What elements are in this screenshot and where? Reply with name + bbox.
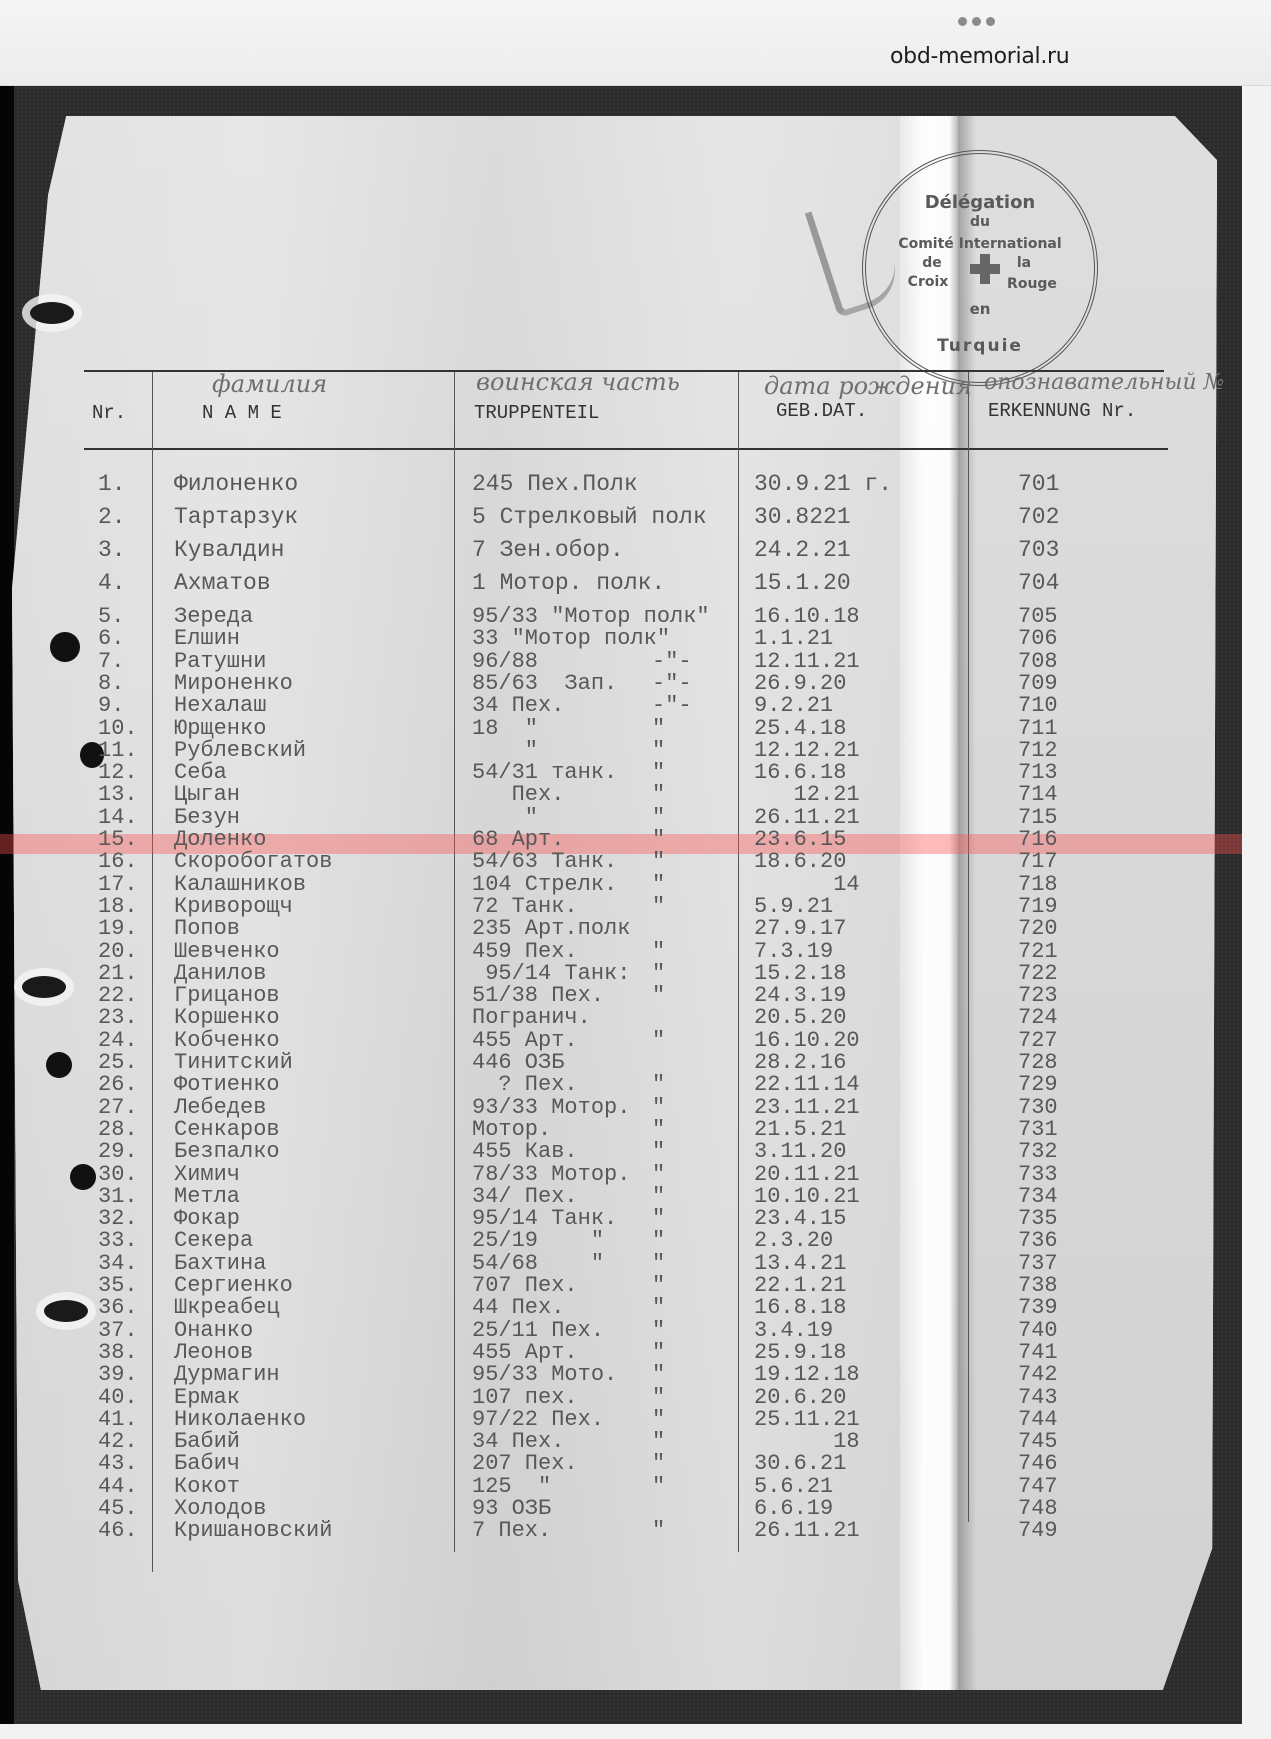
military-unit: 93/33 Мотор.	[472, 1097, 630, 1119]
row-number: 17.	[98, 874, 138, 896]
row-number: 8.	[98, 673, 124, 695]
birth-date: 12.21	[754, 784, 860, 806]
row-number: 22.	[98, 985, 138, 1007]
column-divider	[454, 372, 455, 1552]
handwritten-header: фамилия	[212, 370, 327, 398]
identification-number: 738	[1018, 1275, 1058, 1297]
soldier-name: Криворощч	[174, 896, 293, 918]
identification-number: 722	[1018, 963, 1058, 985]
identification-number: 714	[1018, 784, 1058, 806]
soldier-name: Нехалаш	[174, 695, 266, 717]
viewport-margin	[1242, 86, 1271, 1739]
identification-number: 721	[1018, 941, 1058, 963]
military-unit: 68 Арт.	[472, 829, 564, 851]
military-unit: 245 Пех.Полк	[472, 473, 638, 495]
birth-date: 5.6.21	[754, 1476, 833, 1498]
birth-date: 12.11.21	[754, 651, 860, 673]
soldier-name: Секера	[174, 1230, 253, 1252]
ditto-mark: "	[652, 1275, 665, 1297]
soldier-name: Сенкаров	[174, 1119, 280, 1141]
identification-number: 741	[1018, 1342, 1058, 1364]
stamp-text: Délégation	[866, 192, 1094, 213]
military-unit: 459 Пех.	[472, 941, 578, 963]
column-header-name: N A M E	[202, 402, 282, 424]
military-unit: 34/ Пех.	[472, 1186, 578, 1208]
soldier-name: Бахтина	[174, 1253, 266, 1275]
row-number: 19.	[98, 918, 138, 940]
row-number: 11.	[98, 740, 138, 762]
header-bottom-rule	[84, 448, 1168, 450]
soldier-name: Бабий	[174, 1431, 240, 1453]
identification-number: 711	[1018, 718, 1058, 740]
scan-edge	[0, 86, 14, 1724]
soldier-name: Скоробогатов	[174, 851, 332, 873]
punch-hole	[44, 1300, 88, 1322]
birth-date: 3.11.20	[754, 1141, 846, 1163]
soldier-name: Тартарзук	[174, 506, 298, 528]
identification-number: 727	[1018, 1030, 1058, 1052]
row-number: 38.	[98, 1342, 138, 1364]
row-number: 25.	[98, 1052, 138, 1074]
row-number: 33.	[98, 1230, 138, 1252]
ditto-mark: "	[652, 829, 665, 851]
birth-date: 20.11.21	[754, 1164, 860, 1186]
birth-date: 24.3.19	[754, 985, 846, 1007]
birth-date: 25.4.18	[754, 718, 846, 740]
punch-hole	[70, 1164, 96, 1190]
identification-number: 733	[1018, 1164, 1058, 1186]
row-number: 16.	[98, 851, 138, 873]
row-number: 28.	[98, 1119, 138, 1141]
military-unit: 7 Пех.	[472, 1520, 551, 1542]
ditto-mark: "	[652, 762, 665, 784]
identification-number: 717	[1018, 851, 1058, 873]
soldier-name: Ратушни	[174, 651, 266, 673]
ditto-mark: "	[652, 1208, 665, 1230]
soldier-name: Фокар	[174, 1208, 240, 1230]
soldier-name: Мироненко	[174, 673, 293, 695]
soldier-name: Доленко	[174, 829, 266, 851]
punch-hole	[30, 302, 74, 324]
identification-number: 748	[1018, 1498, 1058, 1520]
identification-number: 740	[1018, 1320, 1058, 1342]
birth-date: 16.8.18	[754, 1297, 846, 1319]
soldier-name: Цыган	[174, 784, 240, 806]
birth-date: 16.10.20	[754, 1030, 860, 1052]
military-unit: 95/33 "Мотор полк"	[472, 606, 710, 628]
military-unit: 34 Пех.	[472, 695, 564, 717]
row-number: 41.	[98, 1409, 138, 1431]
row-number: 39.	[98, 1364, 138, 1386]
row-number: 9.	[98, 695, 124, 717]
military-unit: Погранич.	[472, 1007, 591, 1029]
identification-number: 747	[1018, 1476, 1058, 1498]
soldier-name: Кобченко	[174, 1030, 280, 1052]
identification-number: 728	[1018, 1052, 1058, 1074]
row-number: 4.	[98, 572, 126, 594]
soldier-name: Зереда	[174, 606, 253, 628]
row-number: 27.	[98, 1097, 138, 1119]
row-number: 20.	[98, 941, 138, 963]
red-cross-stamp: Délégation du Comité International de la…	[862, 150, 1098, 386]
birth-date: 25.9.18	[754, 1342, 846, 1364]
punch-hole	[46, 1052, 72, 1078]
birth-date: 2.3.20	[754, 1230, 833, 1252]
ditto-mark: "	[652, 807, 665, 829]
birth-date: 1.1.21	[754, 628, 833, 650]
military-unit: 93 ОЗБ	[472, 1498, 551, 1520]
military-unit: 18 "	[472, 718, 538, 740]
ditto-mark: "	[652, 1074, 665, 1096]
soldier-name: Кувалдин	[174, 539, 284, 561]
identification-number: 716	[1018, 829, 1058, 851]
ditto-mark: "	[652, 1253, 665, 1275]
military-unit: 33 "Мотор полк"	[472, 628, 670, 650]
military-unit: 104 Стрелк.	[472, 874, 617, 896]
browser-top-bar: obd-memorial.ru	[0, 0, 1271, 86]
military-unit: 54/31 танк.	[472, 762, 617, 784]
row-number: 7.	[98, 651, 124, 673]
identification-number: 739	[1018, 1297, 1058, 1319]
row-number: 24.	[98, 1030, 138, 1052]
ditto-mark: "	[652, 1409, 665, 1431]
soldier-name: Тинитский	[174, 1052, 293, 1074]
identification-number: 736	[1018, 1230, 1058, 1252]
soldier-name: Филоненко	[174, 473, 298, 495]
military-unit: 455 Арт.	[472, 1342, 578, 1364]
column-header-dob: GEB.DAT.	[776, 400, 867, 422]
row-number: 23.	[98, 1007, 138, 1029]
soldier-name: Данилов	[174, 963, 266, 985]
identification-number: 732	[1018, 1141, 1058, 1163]
ditto-mark: "	[652, 896, 665, 918]
soldier-name: Кокот	[174, 1476, 240, 1498]
column-divider	[738, 372, 739, 1552]
birth-date: 23.4.15	[754, 1208, 846, 1230]
ditto-mark: "	[652, 1230, 665, 1252]
military-unit: 34 Пех.	[472, 1431, 564, 1453]
row-number: 21.	[98, 963, 138, 985]
ditto-mark: -"-	[652, 651, 692, 673]
birth-date: 5.9.21	[754, 896, 833, 918]
soldier-name: Калашников	[174, 874, 306, 896]
soldier-name: Ахматов	[174, 572, 271, 594]
birth-date: 14	[754, 874, 860, 896]
soldier-name: Шкреабец	[174, 1297, 280, 1319]
soldier-name: Шевченко	[174, 941, 280, 963]
row-number: 45.	[98, 1498, 138, 1520]
military-unit: 72 Танк.	[472, 896, 578, 918]
identification-number: 704	[1018, 572, 1059, 594]
ditto-mark: "	[652, 718, 665, 740]
identification-number: 744	[1018, 1409, 1058, 1431]
row-number: 32.	[98, 1208, 138, 1230]
military-unit: Мотор.	[472, 1119, 551, 1141]
soldier-name: Николаенко	[174, 1409, 306, 1431]
stamp-text: Turquie	[866, 336, 1094, 356]
military-unit: 95/33 Мото.	[472, 1364, 617, 1386]
military-unit: 446 ОЗБ	[472, 1052, 564, 1074]
ditto-mark: "	[652, 1097, 665, 1119]
row-number: 37.	[98, 1320, 138, 1342]
row-number: 15.	[98, 829, 138, 851]
birth-date: 24.2.21	[754, 539, 851, 561]
birth-date: 23.6.15	[754, 829, 846, 851]
ditto-mark: "	[652, 1141, 665, 1163]
military-unit: 54/63 Танк.	[472, 851, 617, 873]
identification-number: 743	[1018, 1387, 1058, 1409]
military-unit: "	[472, 807, 538, 829]
identification-number: 729	[1018, 1074, 1058, 1096]
birth-date: 30.9.21 г.	[754, 473, 892, 495]
row-number: 14.	[98, 807, 138, 829]
ditto-mark: "	[652, 851, 665, 873]
row-number: 46.	[98, 1520, 138, 1542]
ditto-mark: "	[652, 1431, 665, 1453]
identification-number: 734	[1018, 1186, 1058, 1208]
soldier-name: Лебедев	[174, 1097, 266, 1119]
military-unit: 54/68 "	[472, 1253, 604, 1275]
military-unit: 97/22 Пех.	[472, 1409, 604, 1431]
birth-date: 23.11.21	[754, 1097, 860, 1119]
identification-number: 701	[1018, 473, 1059, 495]
soldier-name: Юрщенко	[174, 718, 266, 740]
military-unit: 95/14 Танк:	[472, 963, 630, 985]
identification-number: 731	[1018, 1119, 1058, 1141]
birth-date: 19.12.18	[754, 1364, 860, 1386]
identification-number: 713	[1018, 762, 1058, 784]
row-number: 42.	[98, 1431, 138, 1453]
soldier-name: Кришановский	[174, 1520, 332, 1542]
identification-number: 745	[1018, 1431, 1058, 1453]
row-number: 13.	[98, 784, 138, 806]
identification-number: 724	[1018, 1007, 1058, 1029]
column-header-id: ERKENNUNG Nr.	[988, 400, 1136, 422]
ditto-mark: -"-	[652, 673, 692, 695]
birth-date: 18	[754, 1431, 860, 1453]
row-number: 30.	[98, 1164, 138, 1186]
identification-number: 746	[1018, 1453, 1058, 1475]
military-unit: 96/88	[472, 651, 538, 673]
ditto-mark: "	[652, 874, 665, 896]
military-unit: 207 Пех.	[472, 1453, 578, 1475]
birth-date: 28.2.16	[754, 1052, 846, 1074]
row-number: 2.	[98, 506, 126, 528]
soldier-name: Себа	[174, 762, 227, 784]
birth-date: 26.11.21	[754, 807, 860, 829]
military-unit: 25/19 "	[472, 1230, 604, 1252]
soldier-name: Безпалко	[174, 1141, 280, 1163]
row-number: 35.	[98, 1275, 138, 1297]
identification-number: 737	[1018, 1253, 1058, 1275]
stamp-text: du	[866, 214, 1094, 230]
birth-date: 18.6.20	[754, 851, 846, 873]
stamp-text: Rouge	[918, 276, 1146, 292]
military-unit: 455 Арт.	[472, 1030, 578, 1052]
soldier-name: Бабич	[174, 1453, 240, 1475]
punch-hole	[22, 976, 66, 998]
birth-date: 22.1.21	[754, 1275, 846, 1297]
row-number: 1.	[98, 473, 126, 495]
military-unit: 107 пех.	[472, 1387, 578, 1409]
row-number: 34.	[98, 1253, 138, 1275]
military-unit: 44 Пех.	[472, 1297, 564, 1319]
soldier-name: Ермак	[174, 1387, 240, 1409]
row-number: 10.	[98, 718, 138, 740]
soldier-name: Дурмагин	[174, 1364, 280, 1386]
birth-date: 6.6.19	[754, 1498, 833, 1520]
row-number: 36.	[98, 1297, 138, 1319]
ditto-mark: "	[652, 740, 665, 762]
handwritten-header: опознавательный №	[984, 370, 1224, 395]
stamp-text: Comité International	[866, 236, 1094, 252]
identification-number: 749	[1018, 1520, 1058, 1542]
ditto-mark: "	[652, 1520, 665, 1542]
row-number: 31.	[98, 1186, 138, 1208]
identification-number: 703	[1018, 539, 1059, 561]
birth-date: 13.4.21	[754, 1253, 846, 1275]
ditto-mark: "	[652, 1320, 665, 1342]
military-unit: 125 "	[472, 1476, 551, 1498]
identification-number: 710	[1018, 695, 1058, 717]
ditto-mark: "	[652, 1119, 665, 1141]
stamp-text: la	[910, 255, 1138, 271]
column-divider	[152, 372, 153, 1572]
soldier-name: Безун	[174, 807, 240, 829]
handwritten-header: дата рождения	[764, 372, 972, 400]
military-unit: 25/11 Пех.	[472, 1320, 604, 1342]
ditto-mark: "	[652, 1476, 665, 1498]
identification-number: 735	[1018, 1208, 1058, 1230]
identification-number: 720	[1018, 918, 1058, 940]
row-number: 26.	[98, 1074, 138, 1096]
birth-date: 30.8221	[754, 506, 851, 528]
birth-date: 7.3.19	[754, 941, 833, 963]
soldier-name: Елшин	[174, 628, 240, 650]
birth-date: 21.5.21	[754, 1119, 846, 1141]
identification-number: 730	[1018, 1097, 1058, 1119]
military-unit: 235 Арт.полк	[472, 918, 630, 940]
red-cross-icon	[970, 254, 1000, 284]
soldier-name: Леонов	[174, 1342, 253, 1364]
military-unit: 5 Стрелковый полк	[472, 506, 707, 528]
birth-date: 20.6.20	[754, 1387, 846, 1409]
birth-date: 25.11.21	[754, 1409, 860, 1431]
military-unit: 51/38 Пех.	[472, 985, 604, 1007]
ditto-mark: "	[652, 963, 665, 985]
birth-date: 26.9.20	[754, 673, 846, 695]
military-unit: 1 Мотор. полк.	[472, 572, 665, 594]
identification-number: 718	[1018, 874, 1058, 896]
identification-number: 702	[1018, 506, 1059, 528]
soldier-name: Рублевский	[174, 740, 306, 762]
birth-date: 22.11.14	[754, 1074, 860, 1096]
soldier-name: Химич	[174, 1164, 240, 1186]
birth-date: 12.12.21	[754, 740, 860, 762]
ditto-mark: "	[652, 784, 665, 806]
birth-date: 15.1.20	[754, 572, 851, 594]
row-number: 40.	[98, 1387, 138, 1409]
military-unit: 78/33 Мотор.	[472, 1164, 630, 1186]
military-unit: 85/63 Зап.	[472, 673, 617, 695]
military-unit: ? Пех.	[472, 1074, 578, 1096]
soldier-name: Холодов	[174, 1498, 266, 1520]
birth-date: 26.11.21	[754, 1520, 860, 1542]
identification-number: 723	[1018, 985, 1058, 1007]
ditto-mark: "	[652, 1030, 665, 1052]
column-header-unit: TRUPPENTEIL	[474, 402, 599, 424]
birth-date: 30.6.21	[754, 1453, 846, 1475]
soldier-name: Онанко	[174, 1320, 253, 1342]
row-number: 5.	[98, 606, 124, 628]
soldier-name: Фотиенко	[174, 1074, 280, 1096]
soldier-name: Грицанов	[174, 985, 280, 1007]
row-number: 6.	[98, 628, 124, 650]
soldier-name: Метла	[174, 1186, 240, 1208]
stamp-text: en	[866, 300, 1094, 318]
birth-date: 27.9.17	[754, 918, 846, 940]
site-domain: obd-memorial.ru	[890, 44, 1069, 69]
military-unit: 707 Пех.	[472, 1275, 578, 1297]
ditto-mark: "	[652, 1387, 665, 1409]
military-unit: Пех.	[472, 784, 564, 806]
punch-hole	[50, 632, 80, 662]
birth-date: 16.6.18	[754, 762, 846, 784]
identification-number: 742	[1018, 1364, 1058, 1386]
ditto-mark: "	[652, 941, 665, 963]
identification-number: 706	[1018, 628, 1058, 650]
row-number: 43.	[98, 1453, 138, 1475]
row-number: 3.	[98, 539, 126, 561]
column-header-nr: Nr.	[92, 402, 126, 424]
row-number: 44.	[98, 1476, 138, 1498]
birth-date: 9.2.21	[754, 695, 833, 717]
ditto-mark: -"-	[652, 695, 692, 717]
ditto-mark: "	[652, 1453, 665, 1475]
military-unit: 7 Зен.обор.	[472, 539, 624, 561]
identification-number: 719	[1018, 896, 1058, 918]
ditto-mark: "	[652, 1164, 665, 1186]
more-dots-icon[interactable]	[958, 17, 995, 26]
military-unit: "	[472, 740, 538, 762]
column-divider	[968, 372, 969, 1522]
soldier-name: Коршенко	[174, 1007, 280, 1029]
identification-number: 712	[1018, 740, 1058, 762]
birth-date: 10.10.21	[754, 1186, 860, 1208]
ditto-mark: "	[652, 1297, 665, 1319]
military-unit: 455 Кав.	[472, 1141, 578, 1163]
identification-number: 708	[1018, 651, 1058, 673]
handwritten-header: воинская часть	[476, 368, 680, 396]
ditto-mark: "	[652, 985, 665, 1007]
row-number: 12.	[98, 762, 138, 784]
ditto-mark: "	[652, 1342, 665, 1364]
row-number: 29.	[98, 1141, 138, 1163]
birth-date: 3.4.19	[754, 1320, 833, 1342]
soldier-name: Сергиенко	[174, 1275, 293, 1297]
row-number: 18.	[98, 896, 138, 918]
ditto-mark: "	[652, 1364, 665, 1386]
birth-date: 20.5.20	[754, 1007, 846, 1029]
identification-number: 709	[1018, 673, 1058, 695]
identification-number: 715	[1018, 807, 1058, 829]
ditto-mark: "	[652, 1186, 665, 1208]
soldier-name: Попов	[174, 918, 240, 940]
identification-number: 705	[1018, 606, 1058, 628]
birth-date: 15.2.18	[754, 963, 846, 985]
military-unit: 95/14 Танк.	[472, 1208, 617, 1230]
birth-date: 16.10.18	[754, 606, 860, 628]
